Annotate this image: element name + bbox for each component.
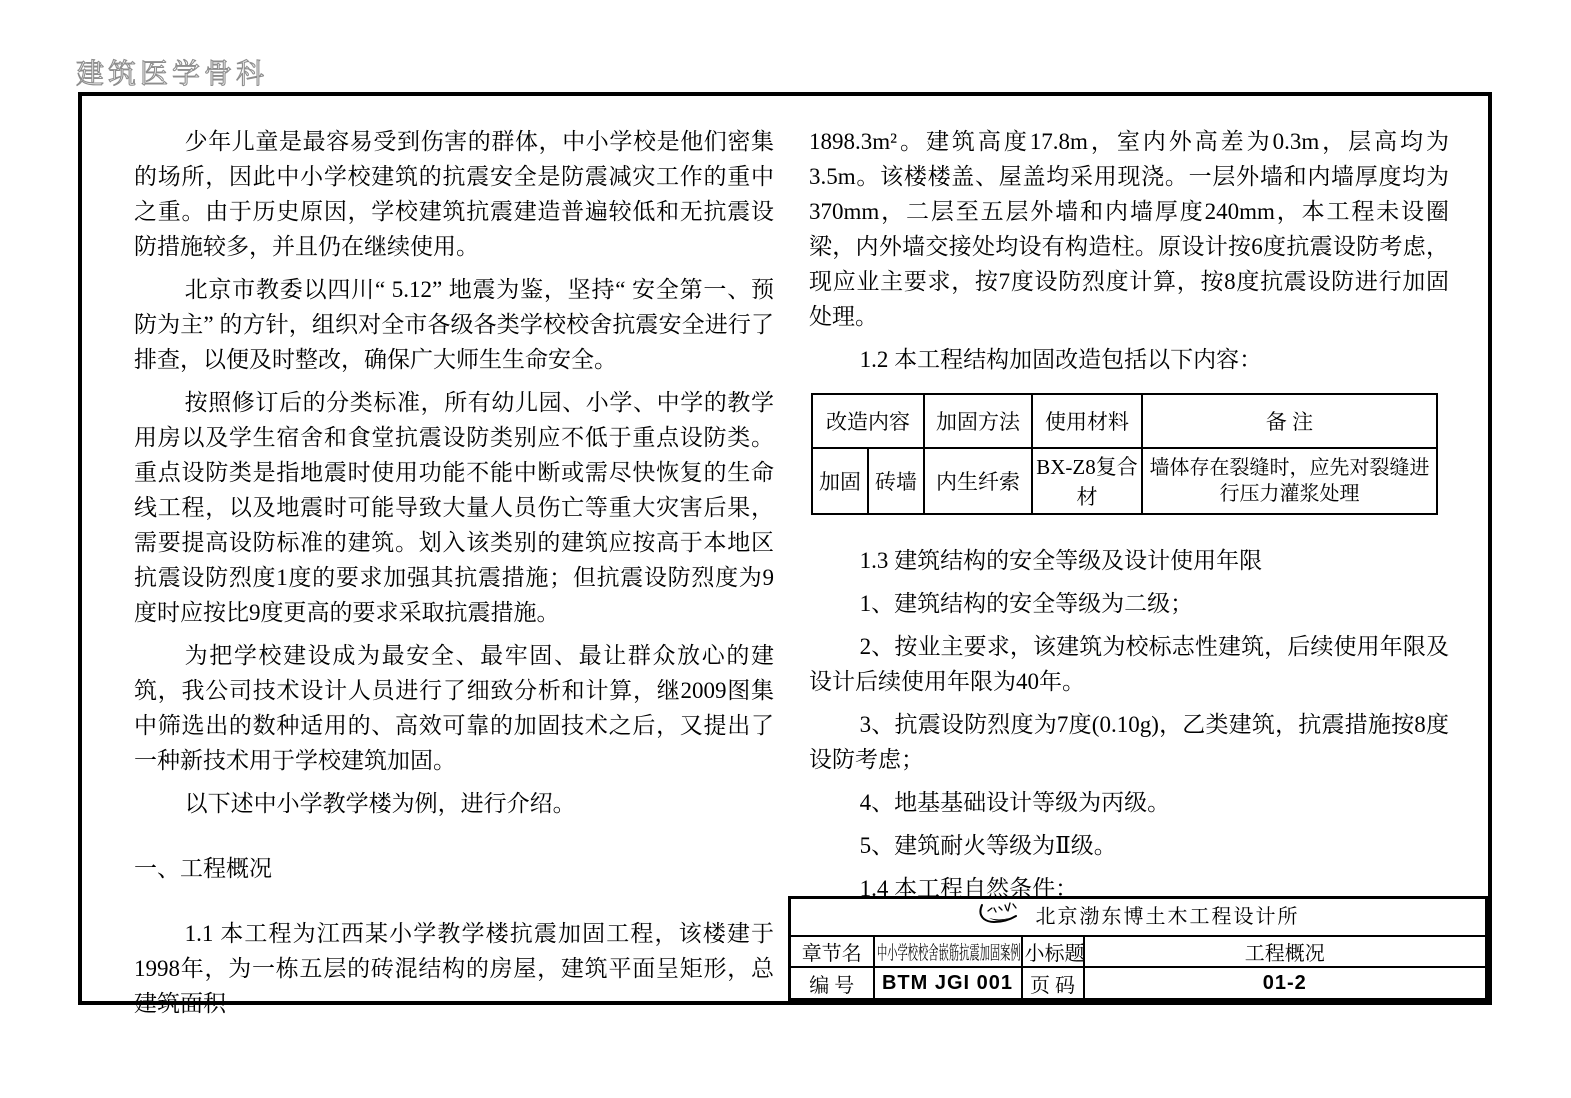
- right-column: 1898.3m²。建筑高度17.8m，室内外高差为0.3m，层高均为3.5m。该…: [809, 124, 1449, 914]
- subtitle-value: 工程概况: [1084, 936, 1487, 967]
- cell-method: 内生纤索: [924, 448, 1032, 514]
- title-block-company-row: 北京渤东博土木工程设计所: [790, 898, 1487, 937]
- paragraph-1-2: 1.2 本工程结构加固改造包括以下内容：: [809, 342, 1449, 377]
- company-cell: 北京渤东博土木工程设计所: [790, 898, 1487, 937]
- paragraph-beijing-policy: 北京市教委以四川“ 5.12” 地震为鉴，坚持“ 安全第一、预防为主” 的方针，…: [134, 272, 774, 377]
- cell-brick-wall: 砖墙: [868, 448, 924, 514]
- header-cell-material: 使用材料: [1032, 394, 1142, 448]
- header-cell-note: 备 注: [1142, 394, 1437, 448]
- table-data-row: 加固 砖墙 内生纤索 BX-Z8复合材 墙体存在裂缝时，应先对裂缝进行压力灌浆处…: [812, 448, 1437, 514]
- title-block-number-row: 编 号 BTM JGI 001 页 码 01-2: [790, 967, 1487, 1000]
- paragraph-classification: 按照修订后的分类标准，所有幼儿园、小学、中学的教学用房以及学生宿舍和食堂抗震设防…: [134, 385, 774, 630]
- cell-note: 墙体存在裂缝时，应先对裂缝进行压力灌浆处理: [1142, 448, 1437, 514]
- list-item-seismic-intensity: 3、抗震设防烈度为7度(0.10g)，乙类建筑，抗震措施按8度设防考虑；: [809, 707, 1449, 777]
- number-label: 编 号: [790, 967, 874, 1000]
- paragraph-1-3: 1.3 建筑结构的安全等级及设计使用年限: [809, 543, 1449, 578]
- page-label: 页 码: [1022, 967, 1084, 1000]
- list-item-fire-rating: 5、建筑耐火等级为Ⅱ级。: [809, 828, 1449, 863]
- list-item-foundation-grade: 4、地基基础设计等级为丙级。: [809, 785, 1449, 820]
- page-header-title: 建筑医学骨科: [76, 52, 268, 92]
- page-value: 01-2: [1084, 967, 1487, 1000]
- paragraph-1-1: 1.1 本工程为江西某小学教学楼抗震加固工程，该楼建于1998年，为一栋五层的砖…: [134, 916, 774, 1021]
- chapter-value-cell: 中小学校校舍嵌筋抗震加固案例: [874, 936, 1022, 967]
- paragraph-1-1-continuation: 1898.3m²。建筑高度17.8m，室内外高差为0.3m，层高均为3.5m。该…: [809, 124, 1449, 334]
- section-heading-project-overview: 一、工程概况: [134, 851, 774, 886]
- title-block-chapter-row: 章节名 中小学校校舍嵌筋抗震加固案例 小标题 工程概况: [790, 936, 1487, 967]
- document-page: { "header": { "title": "建筑医学骨科" }, "left…: [0, 0, 1571, 1098]
- table-header-row: 改造内容 加固方法 使用材料 备 注: [812, 394, 1437, 448]
- paragraph-company-tech: 为把学校建设成为最安全、最牢固、最让群众放心的建筑，我公司技术设计人员进行了细致…: [134, 638, 774, 778]
- chapter-label: 章节名: [790, 936, 874, 967]
- chapter-value: 中小学校校舍嵌筋抗震加固案例: [877, 938, 1021, 965]
- number-value: BTM JGI 001: [874, 967, 1022, 1000]
- company-logo-icon: [977, 902, 1019, 934]
- title-block-table: 北京渤东博土木工程设计所 章节名 中小学校校舍嵌筋抗震加固案例 小标题 工程概况…: [788, 896, 1488, 1001]
- content-border-frame: 少年儿童是最容易受到伤害的群体，中小学校是他们密集的场所，因此中小学校建筑的抗震…: [78, 92, 1492, 1005]
- company-name: 北京渤东博土木工程设计所: [1036, 906, 1300, 928]
- reinforcement-content-table: 改造内容 加固方法 使用材料 备 注 加固 砖墙 内生纤索 BX-Z8复合材 墙…: [811, 393, 1438, 515]
- subtitle-label: 小标题: [1022, 936, 1084, 967]
- header-cell-content: 改造内容: [812, 394, 924, 448]
- cell-material: BX-Z8复合材: [1032, 448, 1142, 514]
- paragraph-example-note: 以下述中小学教学楼为例，进行介绍。: [134, 786, 774, 821]
- paragraph-intro: 少年儿童是最容易受到伤害的群体，中小学校是他们密集的场所，因此中小学校建筑的抗震…: [134, 124, 774, 264]
- left-column: 少年儿童是最容易受到伤害的群体，中小学校是他们密集的场所，因此中小学校建筑的抗震…: [134, 124, 774, 1029]
- list-item-safety-grade: 1、建筑结构的安全等级为二级；: [809, 586, 1449, 621]
- header-cell-method: 加固方法: [924, 394, 1032, 448]
- list-item-service-life: 2、按业主要求，该建筑为校标志性建筑，后续使用年限及设计后续使用年限为40年。: [809, 629, 1449, 699]
- cell-reinforce: 加固: [812, 448, 868, 514]
